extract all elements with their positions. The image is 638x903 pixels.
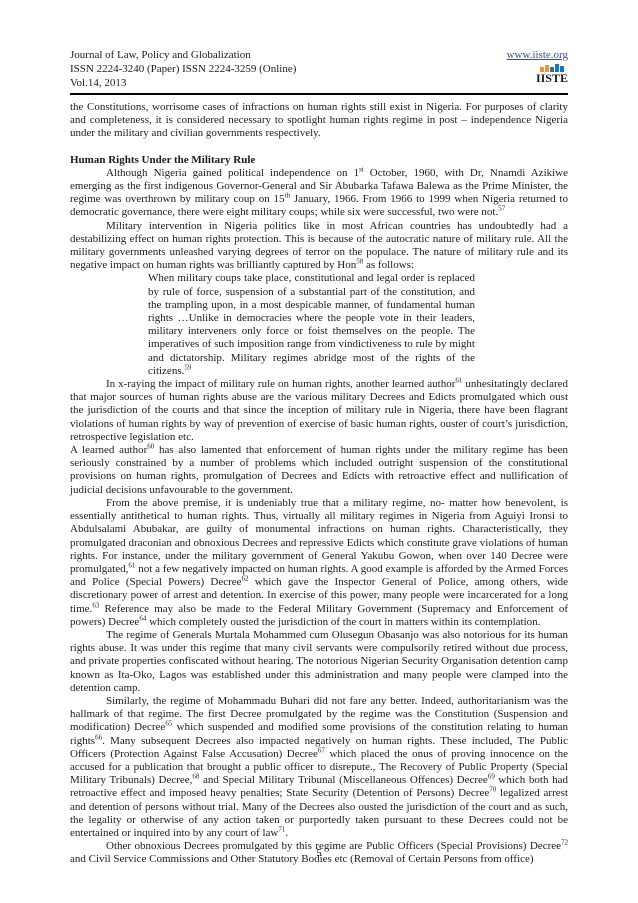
footnote-ref: 60 [147,442,154,450]
logo-text: IISTE [536,72,568,84]
paragraph: the Constitutions, worrisome cases of in… [70,101,568,141]
footnote-ref: 62 [242,574,249,582]
section-heading: Human Rights Under the Military Rule [70,154,568,167]
footnote-ref: 69 [488,773,495,781]
page-footer: 5 [0,847,638,859]
paragraph: A learned author60 has also lamented tha… [70,444,568,497]
header-right: www.iiste.org IISTE [507,48,568,84]
page-number: 5 [316,847,322,859]
iiste-logo: IISTE [536,64,568,84]
document-body: the Constitutions, worrisome cases of in… [70,95,568,867]
footnote-ref: 58 [356,258,363,266]
paragraph: Although Nigeria gained political indepe… [70,167,568,220]
footnote-ref: 70 [489,786,496,794]
journal-info: Journal of Law, Policy and Globalization… [70,48,296,90]
footnote-ref: 71 [278,825,285,833]
volume-line: Vol.14, 2013 [70,76,296,90]
paragraph: From the above premise, it is undeniably… [70,497,568,629]
footnote-ref: 68 [192,773,199,781]
paragraph: In x-raying the impact of military rule … [70,378,568,444]
footnote-ref: 64 [139,614,146,622]
block-quote: When military coups take place, constitu… [148,272,475,378]
footnote-ref: 66 [95,733,102,741]
footnote-ref: 72 [561,839,568,847]
footnote-ref: th [285,192,290,200]
issn-line: ISSN 2224-3240 (Paper) ISSN 2224-3259 (O… [70,62,296,76]
paragraph: Military intervention in Nigeria politic… [70,220,568,273]
footnote-ref: 59 [184,363,191,371]
footnote-ref: 65 [165,720,172,728]
paragraph: The regime of Generals Murtala Mohammed … [70,629,568,695]
footnote-ref: 67 [318,746,325,754]
journal-title: Journal of Law, Policy and Globalization [70,48,296,62]
footnote-ref: 61 [128,561,135,569]
footnote-ref: 57 [498,205,505,213]
footnote-ref: st [359,165,364,173]
document-page: Journal of Law, Policy and Globalization… [0,0,638,903]
paragraph: Similarly, the regime of Mohammadu Buhar… [70,695,568,840]
page-header: Journal of Law, Policy and Globalization… [70,48,568,95]
website-link[interactable]: www.iiste.org [507,48,568,62]
footnote-ref: 63 [92,601,99,609]
footnote-ref: 61 [455,376,462,384]
